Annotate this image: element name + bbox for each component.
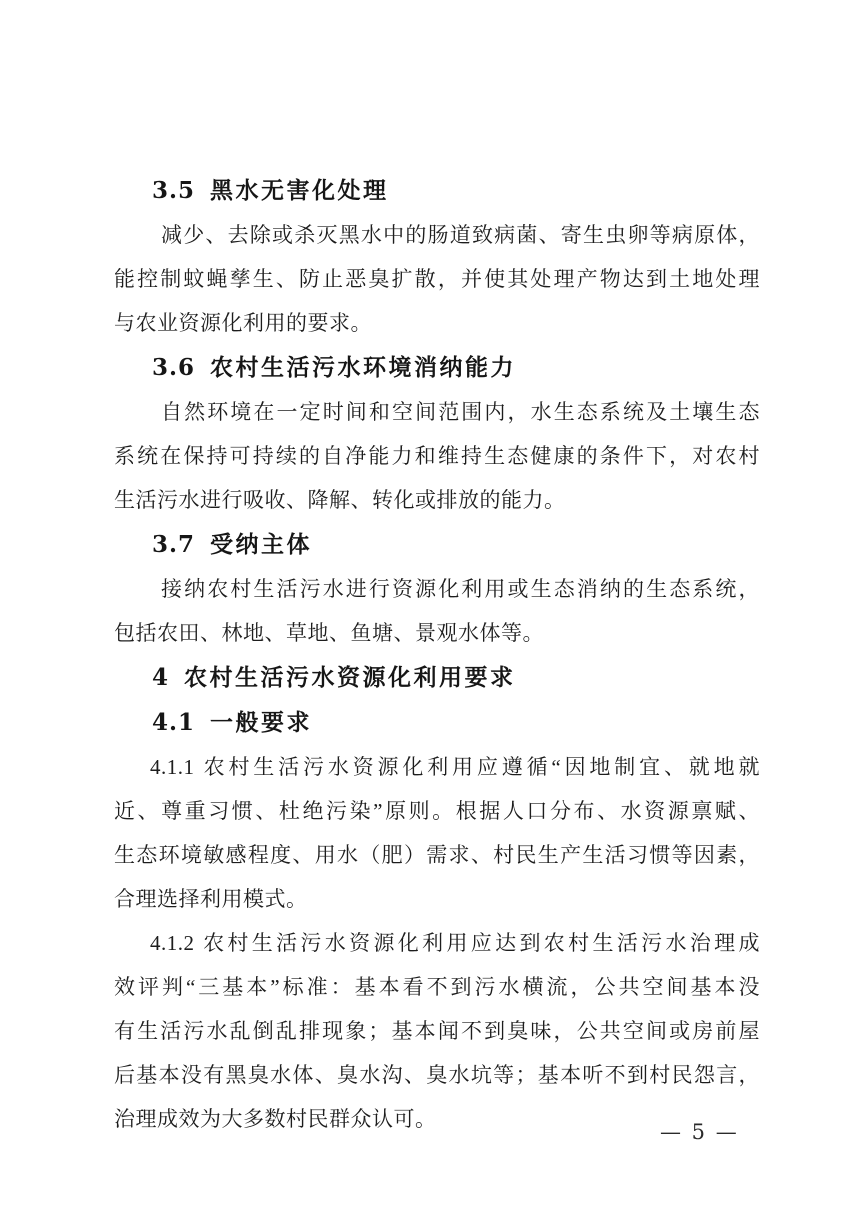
text-line: 系统在保持可持续的自净能力和维持生态健康的条件下，对农村: [114, 434, 760, 478]
text-line: 有生活污水乱倒乱排现象；基本闻不到臭味，公共空间或房前屋: [114, 1009, 760, 1053]
paragraph: 自然环境在一定时间和空间范围内，水生态系统及土壤生态系统在保持可持续的自净能力和…: [114, 390, 760, 522]
paragraph: 接纳农村生活污水进行资源化利用或生态消纳的生态系统，包括农田、林地、草地、鱼塘、…: [114, 567, 760, 655]
heading-number: 3.5: [152, 177, 195, 204]
text-line: 合理选择利用模式。: [114, 877, 760, 921]
section-heading-4: 4农村生活污水资源化利用要求: [114, 655, 760, 700]
text-line: 4.1.1 农村生活污水资源化利用应遵循“因地制宜、就地就: [114, 745, 760, 789]
text-line: 效评判“三基本”标准：基本看不到污水横流，公共空间基本没: [114, 965, 760, 1009]
heading-title: 一般要求: [210, 709, 312, 735]
text-line: 能控制蚊蝇孳生、防止恶臭扩散，并使其处理产物达到土地处理: [114, 257, 760, 301]
section-heading-3-5: 3.5黑水无害化处理: [114, 168, 760, 213]
text-line: 生态环境敏感程度、用水（肥）需求、村民生产生活习惯等因素，: [114, 833, 760, 877]
heading-title: 受纳主体: [210, 531, 312, 557]
paragraph: 4.1.1 农村生活污水资源化利用应遵循“因地制宜、就地就近、尊重习惯、杜绝污染…: [114, 745, 760, 921]
document-content: 3.5黑水无害化处理减少、去除或杀灭黑水中的肠道致病菌、寄生虫卵等病原体，能控制…: [114, 168, 760, 1141]
text-line: 近、尊重习惯、杜绝污染”原则。根据人口分布、水资源禀赋、: [114, 789, 760, 833]
page-number: — 5 —: [660, 1120, 739, 1144]
section-heading-4-1: 4.1一般要求: [114, 700, 760, 745]
text-line: 后基本没有黑臭水体、臭水沟、臭水坑等；基本听不到村民怨言，: [114, 1053, 760, 1097]
section-heading-3-7: 3.7受纳主体: [114, 522, 760, 567]
heading-title: 农村生活污水资源化利用要求: [184, 664, 516, 690]
paragraph: 减少、去除或杀灭黑水中的肠道致病菌、寄生虫卵等病原体，能控制蚊蝇孳生、防止恶臭扩…: [114, 213, 760, 345]
text-line: 接纳农村生活污水进行资源化利用或生态消纳的生态系统，: [114, 567, 760, 611]
heading-title: 农村生活污水环境消纳能力: [210, 354, 516, 380]
text-line: 自然环境在一定时间和空间范围内，水生态系统及土壤生态: [114, 390, 760, 434]
text-line: 生活污水进行吸收、降解、转化或排放的能力。: [114, 478, 760, 522]
paragraph: 4.1.2 农村生活污水资源化利用应达到农村生活污水治理成效评判“三基本”标准：…: [114, 921, 760, 1141]
heading-number: 3.6: [152, 354, 195, 381]
text-line: 4.1.2 农村生活污水资源化利用应达到农村生活污水治理成: [114, 921, 760, 965]
heading-number: 4: [152, 664, 169, 691]
text-line: 包括农田、林地、草地、鱼塘、景观水体等。: [114, 611, 760, 655]
heading-number: 4.1: [152, 709, 195, 736]
heading-number: 3.7: [152, 531, 195, 558]
section-heading-3-6: 3.6农村生活污水环境消纳能力: [114, 345, 760, 390]
text-line: 与农业资源化利用的要求。: [114, 301, 760, 345]
document-page: 3.5黑水无害化处理减少、去除或杀灭黑水中的肠道致病菌、寄生虫卵等病原体，能控制…: [0, 0, 868, 1227]
text-line: 减少、去除或杀灭黑水中的肠道致病菌、寄生虫卵等病原体，: [114, 213, 760, 257]
heading-title: 黑水无害化处理: [210, 177, 389, 203]
